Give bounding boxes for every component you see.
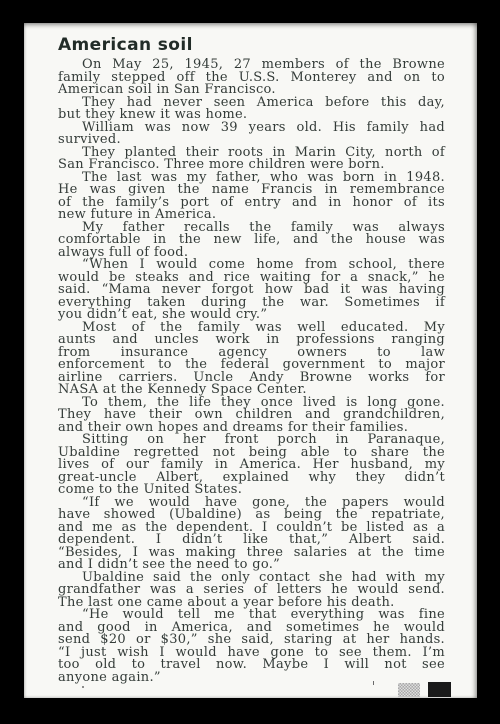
scan-speck	[82, 686, 84, 688]
halftone-scan-mark	[398, 683, 420, 697]
end-of-article-mark	[428, 682, 451, 697]
document-page: American soil On May 25, 1945, 27 member…	[24, 23, 477, 698]
article-content: American soil On May 25, 1945, 27 member…	[24, 23, 477, 684]
scan-speck	[373, 681, 374, 685]
article-body: On May 25, 1945, 27 members of the Brown…	[58, 59, 445, 684]
scan-background: { "colors": { "page_bg": "#f8f8f5", "tex…	[0, 0, 500, 724]
article-title: American soil	[58, 36, 445, 54]
text-line: anyone again.”	[58, 672, 445, 685]
